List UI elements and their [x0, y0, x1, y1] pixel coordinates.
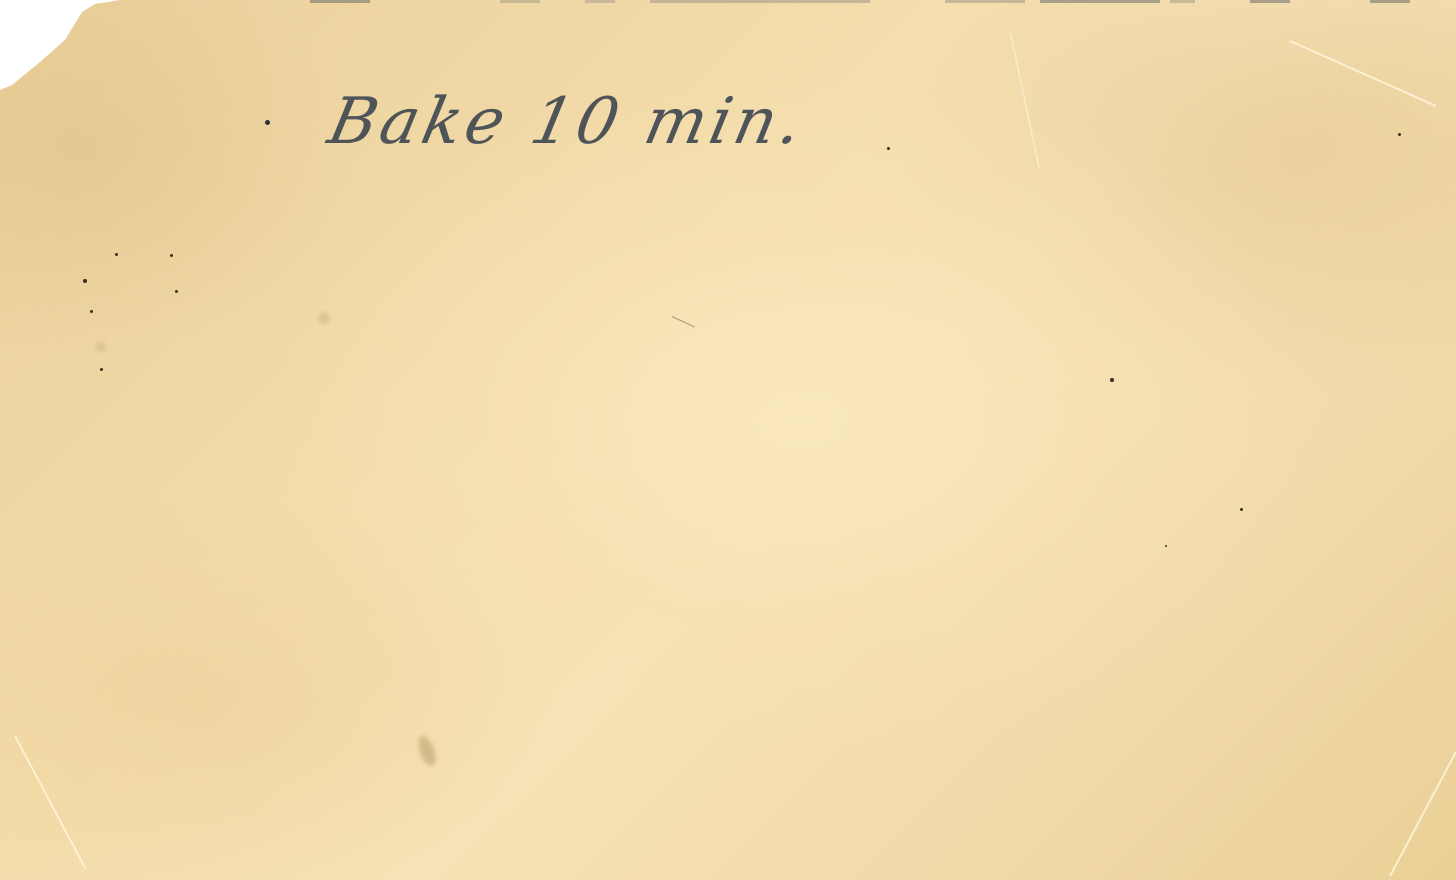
paper-stain	[318, 312, 330, 324]
paper-scratch	[672, 316, 695, 327]
top-edge-scan-marks	[0, 0, 1456, 6]
paper-speck	[83, 279, 87, 283]
paper-speck	[100, 368, 103, 371]
paper-speck	[1398, 133, 1401, 136]
paper-speck	[115, 253, 118, 256]
paper-speck	[1110, 378, 1114, 382]
paper-stain	[415, 734, 439, 769]
paper-speck	[175, 290, 178, 293]
paper-crease	[14, 736, 86, 869]
handwritten-note: Bake 10 min.	[322, 85, 812, 159]
paper-speck	[170, 254, 173, 257]
ink-dot	[887, 147, 890, 150]
paper-speck	[90, 310, 93, 313]
paper-crease	[1290, 40, 1437, 107]
paper-speck	[1165, 545, 1167, 547]
paper-stain	[96, 342, 106, 352]
ink-dot	[265, 120, 270, 125]
paper-crease	[1009, 31, 1040, 168]
aged-paper-card: Bake 10 min.	[0, 0, 1456, 880]
paper-speck	[1240, 508, 1243, 511]
paper-crease	[1389, 752, 1456, 877]
